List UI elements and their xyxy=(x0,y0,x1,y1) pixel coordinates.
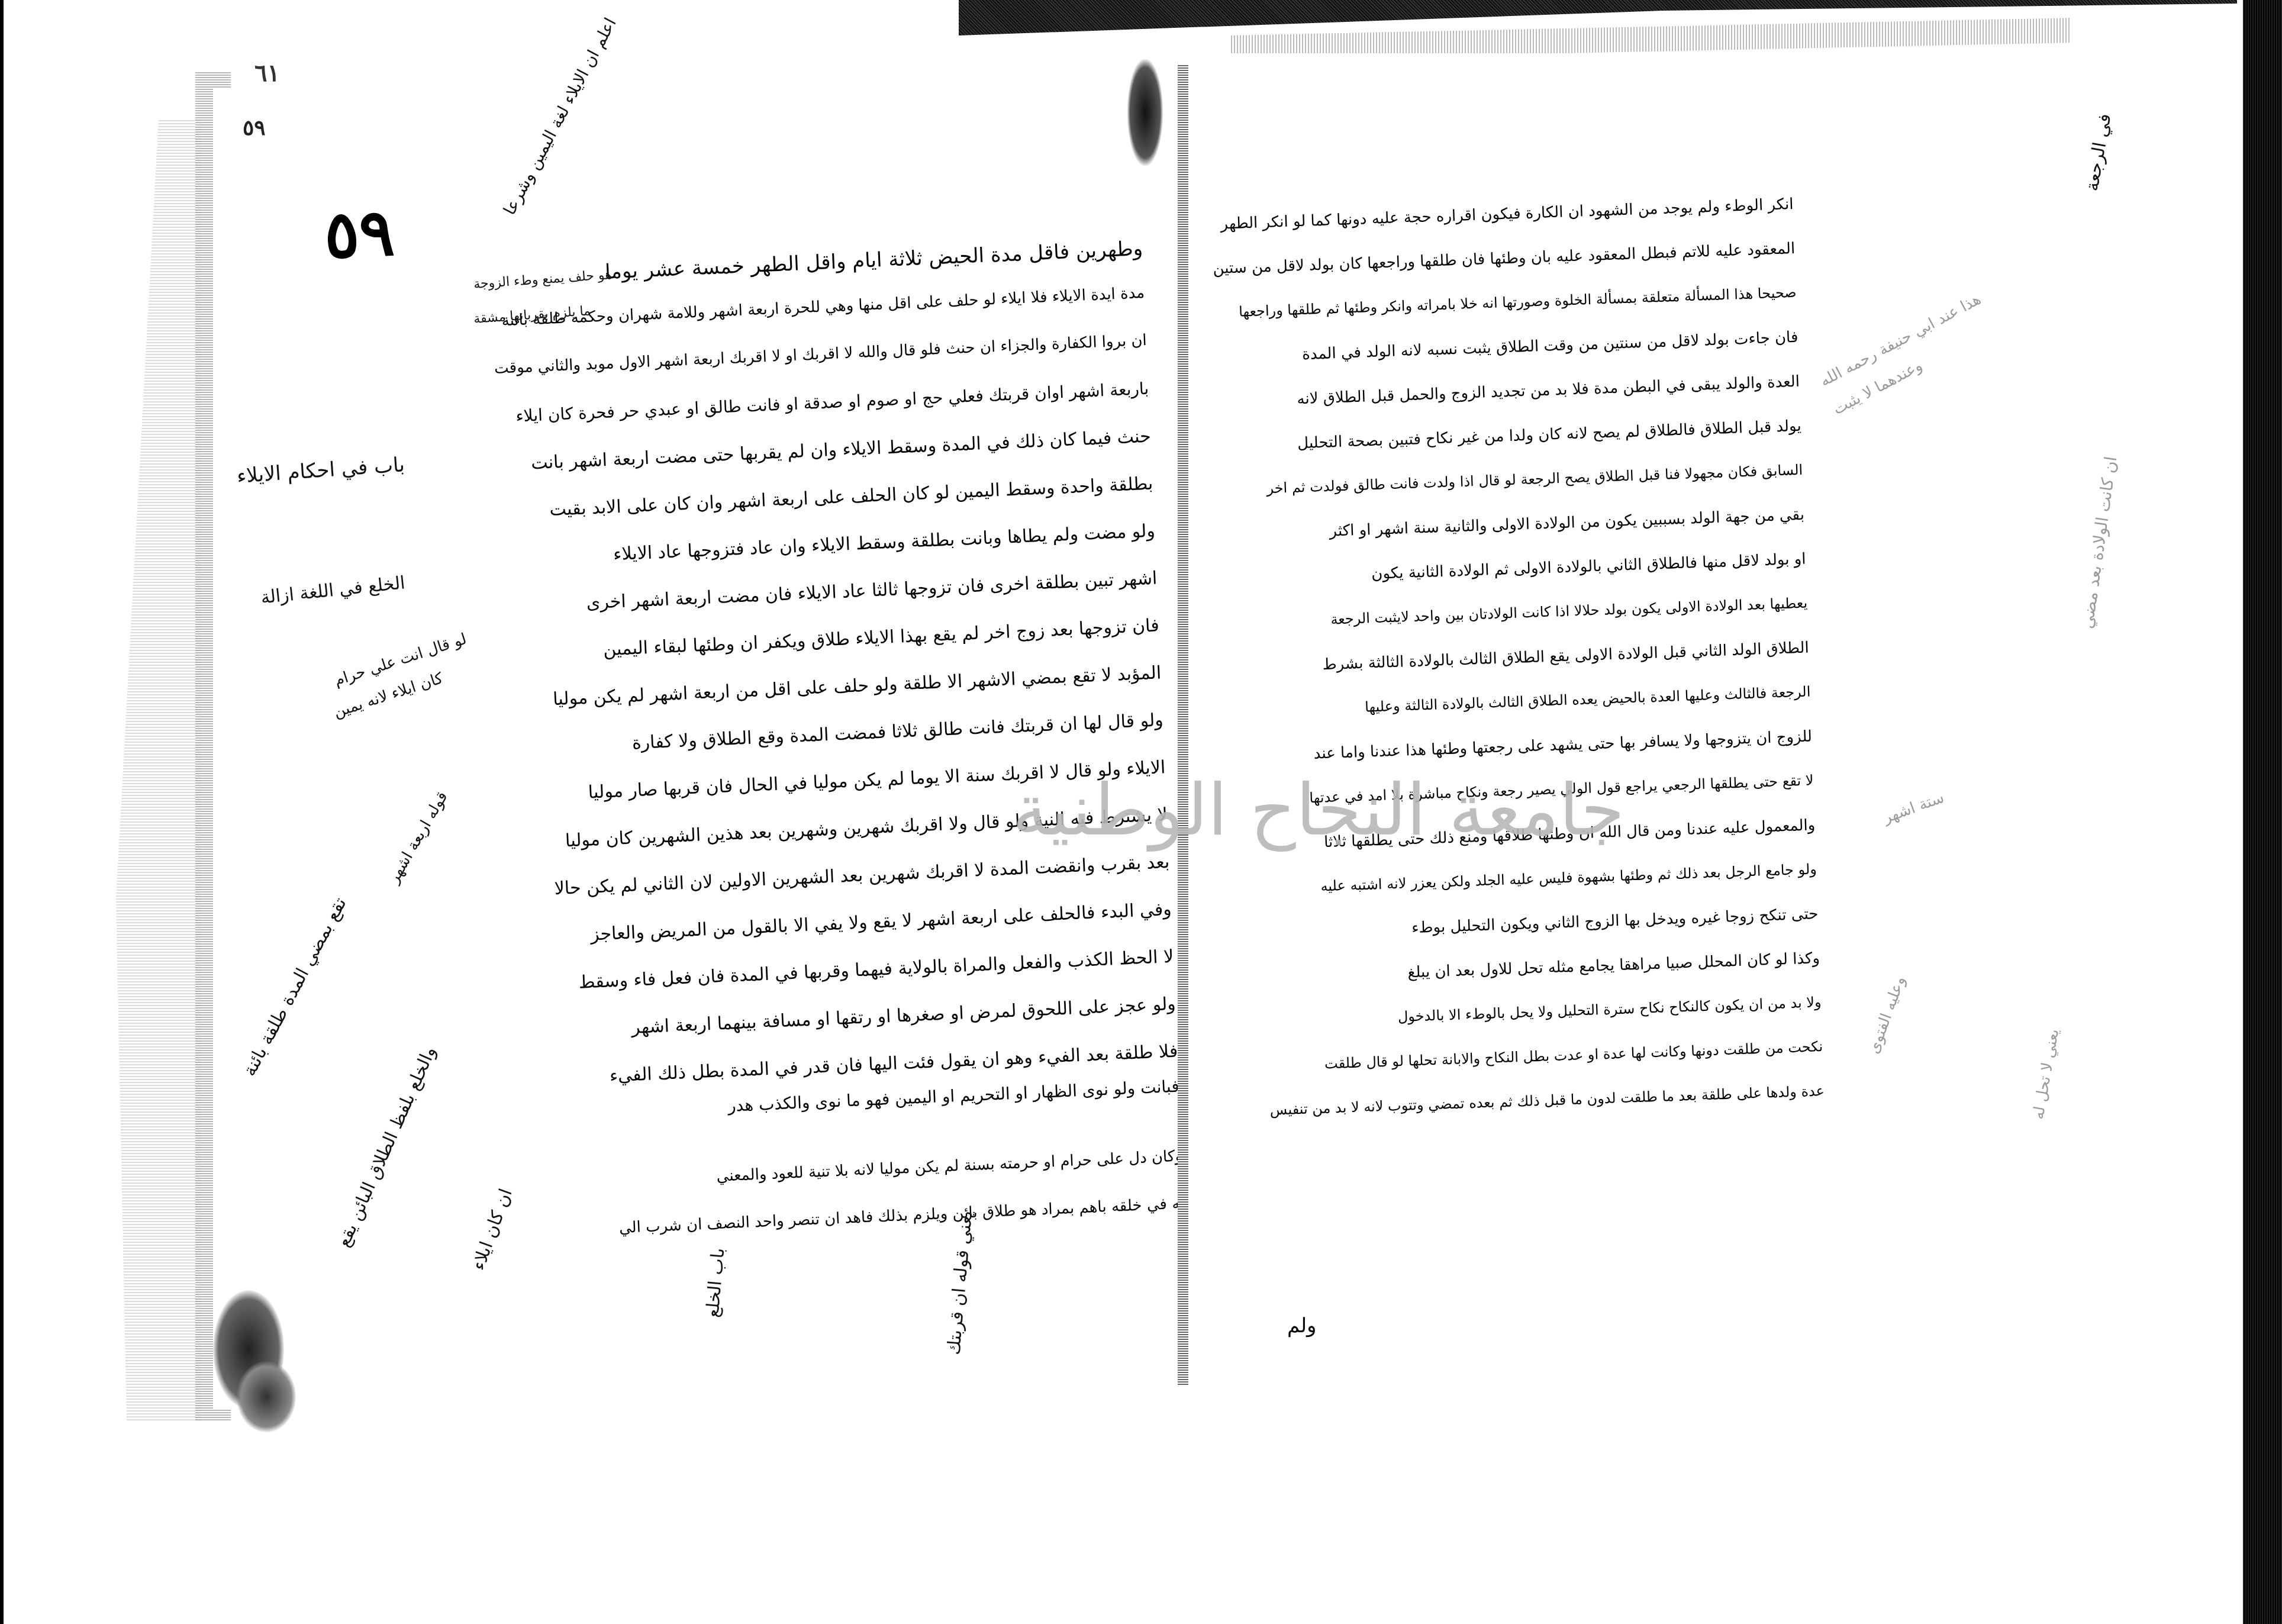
text-line: بقي من جهة الولد بسببين يكون من الولادة … xyxy=(1329,506,1804,540)
text-line: فان تزوجها بعد زوج اخر لم يقع بهذا الايل… xyxy=(603,615,1160,660)
text-line: الرجعة فالثالث وعليها العدة بالحيض يعده … xyxy=(1365,683,1811,715)
text-line: مدة ايدة الايلاء فلا ايلاء لو حلف على اق… xyxy=(501,284,1145,330)
text-line: بطلقة واحدة وسقط اليمين لو كان الحلف على… xyxy=(549,473,1153,520)
text-line: الطلاق الولد الثاني قبل الولادة الاولى ي… xyxy=(1322,639,1809,674)
corner-folio-number: ٥٩ xyxy=(243,115,266,140)
text-line: به في خلقه باهم بمراد هو طلاق بائن ويلزم… xyxy=(618,1194,1185,1237)
text-line: المؤبد لا تقع بمضي الاشهر الا طلقة ولو ح… xyxy=(552,662,1161,710)
text-line: يعطيها بعد الولادة الاولى يكون بولد حلال… xyxy=(1330,595,1808,628)
text-line: وكذا لو كان المحلل صبيا مراهقا يجامع مثل… xyxy=(1407,949,1820,981)
text-line: ولو مضت ولم يطاها وبانت بطلقة وسقط الايل… xyxy=(613,521,1156,565)
text-line: السابق فكان مجهولا فنا قبل الطلاق يصح ال… xyxy=(1266,462,1803,497)
text-line: باربعة اشهر اوان قربتك فعلي حج او صوم او… xyxy=(515,379,1149,426)
text-line: ولو جامع الرجل بعد ذلك ثم وطئها بشهوة فل… xyxy=(1320,861,1817,894)
folio-number: ٥٩ xyxy=(323,194,397,273)
manuscript-scan: ٦١ ٥٩ ٥٩ وطهرين فاقل مدة الحيض ثلاثة ايا… xyxy=(0,0,2282,1624)
text-line: ولا بد من ان يكون كالنكاح نكاح سترة التح… xyxy=(1397,994,1822,1025)
text-line: نكحت من طلقت دونها وكانت لها عدة او عدت … xyxy=(1324,1038,1823,1072)
scanner-edge-left xyxy=(0,0,4,1624)
right-main-text: انكر الوطء ولم يوجد من الشهود ان الكارة … xyxy=(1273,195,1830,1278)
text-line: فان جاءت بولد لاقل من سنتين من وقت الطلا… xyxy=(1302,328,1798,363)
text-line: فبانت ولو نوى الظهار او التحريم او اليمي… xyxy=(727,1077,1179,1116)
header-number: ٦١ xyxy=(254,59,280,87)
thumb-smudge xyxy=(237,1361,296,1432)
text-line: المعقود عليه للاتم فبطل المعقود عليه بان… xyxy=(1213,240,1796,278)
text-line: للزوج ان يتزوجها ولا يسافر بها حتى يشهد … xyxy=(1313,727,1812,762)
text-line: بعد بقرب وانقضت المدة لا اقربك شهرين بعد… xyxy=(554,852,1170,899)
text-line: صحيحا هذا المسألة متعلقة بمسألة الخلوة و… xyxy=(1239,284,1797,320)
text-line: ولو عجز على اللحوق لمرض او صغرها او رتقه… xyxy=(631,994,1176,1038)
text-line: عدة ولدها على طلقة بعد ما طلقت لدون ما ق… xyxy=(1269,1082,1825,1119)
spine-tear xyxy=(1127,59,1163,166)
text-line: حتى تنكح زوجا غيره ويدخل بها الزوج الثان… xyxy=(1411,905,1819,937)
book-spine xyxy=(1178,65,1188,1385)
bottom-mark: ولم xyxy=(1287,1314,1316,1338)
text-line: ان بروا الكفارة والجزاء ان حنث فلو قال و… xyxy=(494,331,1148,378)
text-line: ولو قال لها ان قربتك فانت طالق ثلاثا فمض… xyxy=(631,710,1163,753)
text-line: او بولد لاقل منها فالطلاق الثاني بالولاد… xyxy=(1371,550,1806,584)
text-line: حنث فيما كان ذلك في المدة وسقط الايلاء و… xyxy=(531,426,1152,474)
binding-edge-left xyxy=(95,118,201,1420)
text-line: وكان دل على حرام او حرمته بسنة لم يكن مو… xyxy=(716,1148,1182,1185)
watermark: جامعة النجاح الوطنية xyxy=(1012,769,1625,852)
scanner-edge-right xyxy=(2243,0,2282,1624)
text-line: يولد قبل الطلاق فالطلاق لم يصح لانه كان … xyxy=(1297,417,1801,453)
text-line: وفي البدء فالحلف على اربعة اشهر لا يقع و… xyxy=(590,899,1172,945)
text-line: لا الحظ الكذب والفعل والمراة بالولاية في… xyxy=(578,946,1174,993)
text-line: اشهر تبين بطلقة اخرى فان تزوجها ثالثا عا… xyxy=(586,568,1158,613)
text-line: العدة والولد يبقى في البطن مدة فلا بد من… xyxy=(1297,373,1800,408)
